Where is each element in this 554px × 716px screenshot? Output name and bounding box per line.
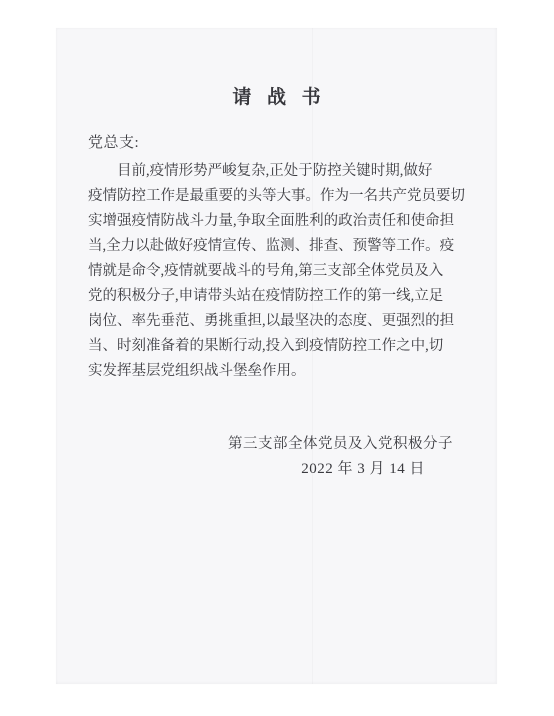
body-line: 当、时刻准备着的果断行动,投入到疫情防控工作之中,切 [88,334,466,359]
body-line: 实增强疫情防战斗力量,争取全面胜利的政治责任和使命担 [88,209,466,234]
signature-line: 第三支部全体党员及入党积极分子 [56,432,497,457]
body-line: 当,全力以赴做好疫情宣传、监测、排查、预警等工作。疫 [88,234,466,259]
document-body: 目前,疫情形势严峻复杂,正处于防控关键时期,做好 疫情防控工作是最重要的头等大事… [88,159,466,384]
salutation: 党总支: [88,134,139,152]
body-line: 疫情防控工作是最重要的头等大事。作为一名共产党员要切 [88,184,466,209]
scan-background: 请战书 党总支: 目前,疫情形势严峻复杂,正处于防控关键时期,做好 疫情防控工作… [0,0,554,716]
document-page: 请战书 党总支: 目前,疫情形势严峻复杂,正处于防控关键时期,做好 疫情防控工作… [56,28,497,684]
date-line: 2022 年 3 月 14 日 [56,457,497,482]
body-line: 实发挥基层党组织战斗堡垒作用。 [88,359,466,384]
body-line: 党的积极分子,申请带头站在疫情防控工作的第一线,立足 [88,284,466,309]
body-line: 岗位、率先垂范、勇挑重担,以最坚决的态度、更强烈的担 [88,309,466,334]
body-line: 情就是命令,疫情就要战斗的号角,第三支部全体党员及入 [88,259,466,284]
body-line: 目前,疫情形势严峻复杂,正处于防控关键时期,做好 [88,159,466,184]
document-title: 请战书 [56,82,497,109]
